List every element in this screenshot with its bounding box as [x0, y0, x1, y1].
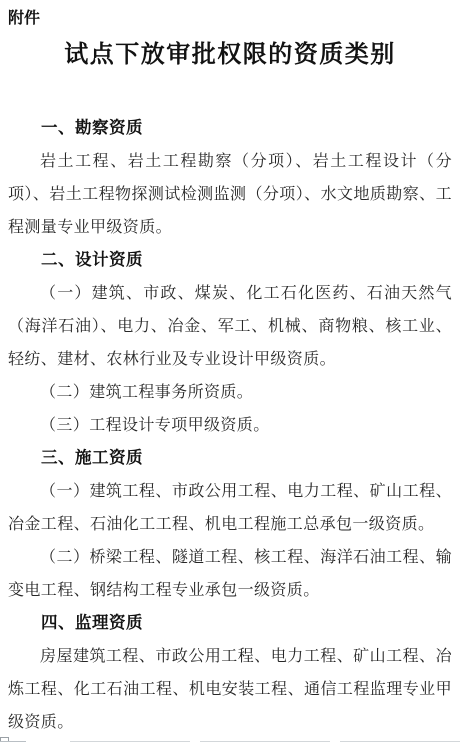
section-survey-paragraph: 岩土工程、岩土工程勘察（分项）、岩土工程设计（分项）、岩土工程物探测试检测监测（… [8, 145, 452, 244]
section-heading-construction: 三、施工资质 [8, 442, 452, 475]
document-body: 一、勘察资质 岩土工程、岩土工程勘察（分项）、岩土工程设计（分项）、岩土工程物探… [8, 112, 452, 739]
attachment-label: 附件 [8, 8, 452, 30]
section-heading-supervision: 四、监理资质 [8, 607, 452, 640]
section-construction-paragraph-2: （二）桥梁工程、隧道工程、核工程、海洋石油工程、输变电工程、钢结构工程专业承包一… [8, 541, 452, 607]
page-title: 试点下放审批权限的资质类别 [8, 40, 452, 70]
section-construction-paragraph-1: （一）建筑工程、市政公用工程、电力工程、矿山工程、冶金工程、石油化工工程、机电工… [8, 475, 452, 541]
document-page: 附件 试点下放审批权限的资质类别 一、勘察资质 岩土工程、岩土工程勘察（分项）、… [0, 0, 460, 742]
section-design-paragraph-1: （一）建筑、市政、煤炭、化工石化医药、石油天然气（海洋石油）、电力、冶金、军工、… [8, 277, 452, 376]
section-heading-design: 二、设计资质 [8, 244, 452, 277]
section-heading-survey: 一、勘察资质 [8, 112, 452, 145]
section-design-paragraph-3: （三）工程设计专项甲级资质。 [8, 409, 452, 442]
section-supervision-paragraph: 房屋建筑工程、市政公用工程、电力工程、矿山工程、冶炼工程、化工石油工程、机电安装… [8, 640, 452, 739]
section-design-paragraph-2: （二）建筑工程事务所资质。 [8, 376, 452, 409]
